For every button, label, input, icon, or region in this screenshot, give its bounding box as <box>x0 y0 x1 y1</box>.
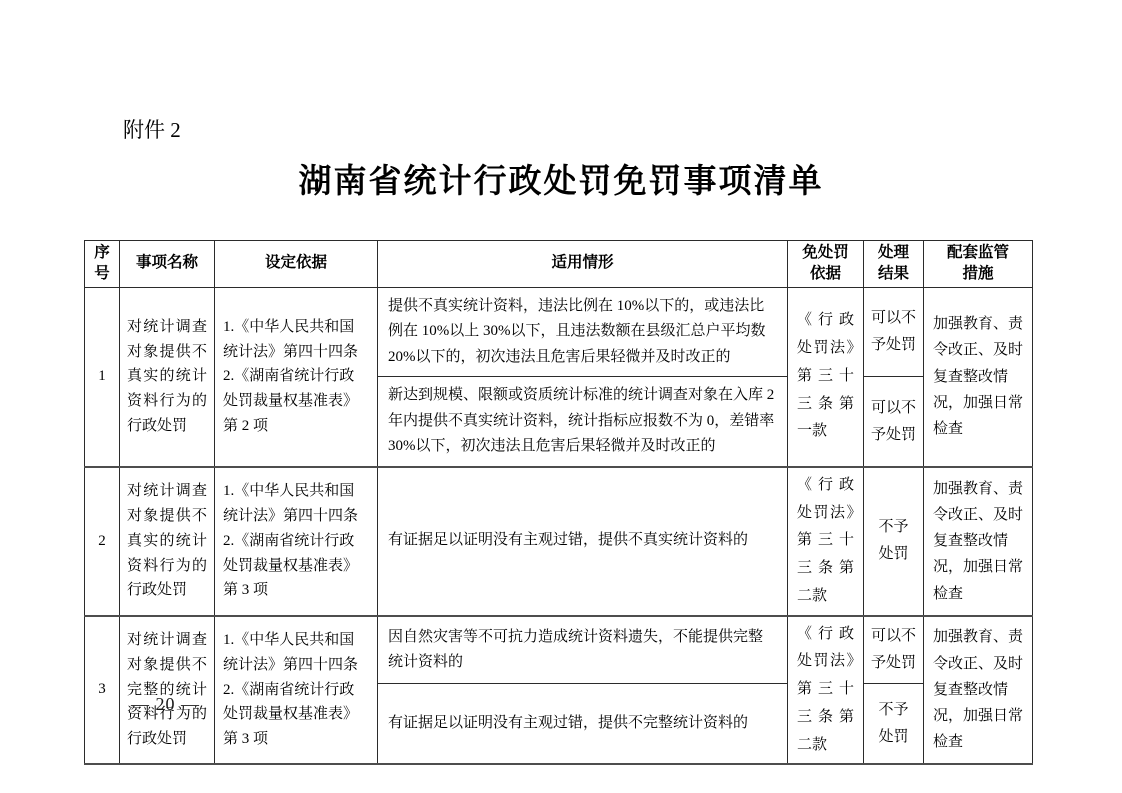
cell-index-2: 2 <box>85 467 120 616</box>
col-header-item-name: 事项名称 <box>120 241 215 288</box>
cell-supervision-1: 加强教育、责令改正、及时复查整改情况，加强日常检查 <box>924 287 1033 467</box>
cell-item-name-2: 对统计调查对象提供不真实的统计资料行为的行政处罚 <box>120 467 215 616</box>
cell-situation-2-1: 有证据足以证明没有主观过错，提供不真实统计资料的 <box>378 467 788 616</box>
col-header-result: 处理 结果 <box>864 241 924 288</box>
basis-line-2: 2.《湖南省统计行政处罚裁量权基准表》第 3 项 <box>223 529 369 603</box>
cell-index-1: 1 <box>85 287 120 467</box>
basis-line-2: 2.《湖南省统计行政处罚裁量权基准表》第 3 项 <box>223 678 369 752</box>
basis-line-1: 1.《中华人民共和国统计法》第四十四条 <box>223 315 369 365</box>
page-title: 湖南省统计行政处罚免罚事项清单 <box>0 155 1122 202</box>
cell-situation-3-1: 因自然灾害等不可抗力造成统计资料遗失，不能提供完整统计资料的 <box>378 616 788 684</box>
cell-exemption-basis-1: 《行政处罚法》第三十三条第一款 <box>788 287 864 467</box>
penalty-exemption-table: 序 号 事项名称 设定依据 适用情形 免处罚 依据 处理 结果 配套监管 措施 … <box>84 240 1033 765</box>
cell-result-1-1: 可以不 予处罚 <box>864 287 924 377</box>
cell-basis-3: 1.《中华人民共和国统计法》第四十四条 2.《湖南省统计行政处罚裁量权基准表》第… <box>215 616 378 765</box>
col-header-basis: 设定依据 <box>215 241 378 288</box>
cell-result-2-1: 不予 处罚 <box>864 467 924 616</box>
basis-line-1: 1.《中华人民共和国统计法》第四十四条 <box>223 479 369 529</box>
cell-result-1-2: 可以不 予处罚 <box>864 377 924 467</box>
attachment-label: 附件 2 <box>123 114 181 144</box>
table-row-3a: 3 对统计调查对象提供不完整的统计资料行为的行政处罚 1.《中华人民共和国统计法… <box>85 616 1033 684</box>
cell-basis-2: 1.《中华人民共和国统计法》第四十四条 2.《湖南省统计行政处罚裁量权基准表》第… <box>215 467 378 616</box>
cell-item-name-1: 对统计调查对象提供不真实的统计资料行为的行政处罚 <box>120 287 215 467</box>
cell-situation-3-2: 有证据足以证明没有主观过错，提供不完整统计资料的 <box>378 684 788 764</box>
table-header-row: 序 号 事项名称 设定依据 适用情形 免处罚 依据 处理 结果 配套监管 措施 <box>85 241 1033 288</box>
col-header-index: 序 号 <box>85 241 120 288</box>
cell-result-3-2: 不予 处罚 <box>864 684 924 764</box>
cell-supervision-3: 加强教育、责令改正、及时复查整改情况，加强日常检查 <box>924 616 1033 765</box>
cell-exemption-basis-2: 《行政处罚法》第三十三条第二款 <box>788 467 864 616</box>
cell-result-3-1: 可以不 予处罚 <box>864 616 924 684</box>
basis-line-1: 1.《中华人民共和国统计法》第四十四条 <box>223 628 369 678</box>
col-header-situation: 适用情形 <box>378 241 788 288</box>
page-number: — 20 — <box>131 694 200 715</box>
cell-item-name-3: 对统计调查对象提供不完整的统计资料行为的行政处罚 <box>120 616 215 765</box>
table-row-2: 2 对统计调查对象提供不真实的统计资料行为的行政处罚 1.《中华人民共和国统计法… <box>85 467 1033 616</box>
table-row-1a: 1 对统计调查对象提供不真实的统计资料行为的行政处罚 1.《中华人民共和国统计法… <box>85 287 1033 377</box>
cell-index-3: 3 <box>85 616 120 765</box>
cell-situation-1-2: 新达到规模、限额或资质统计标准的统计调查对象在入库 2 年内提供不真实统计资料，… <box>378 377 788 467</box>
col-header-supervision: 配套监管 措施 <box>924 241 1033 288</box>
basis-line-2: 2.《湖南省统计行政处罚裁量权基准表》第 2 项 <box>223 364 369 438</box>
cell-situation-1-1: 提供不真实统计资料，违法比例在 10%以下的，或违法比例在 10%以上 30%以… <box>378 287 788 377</box>
cell-basis-1: 1.《中华人民共和国统计法》第四十四条 2.《湖南省统计行政处罚裁量权基准表》第… <box>215 287 378 467</box>
cell-exemption-basis-3: 《行政处罚法》第三十三条第二款 <box>788 616 864 765</box>
col-header-exemption-basis: 免处罚 依据 <box>788 241 864 288</box>
cell-supervision-2: 加强教育、责令改正、及时复查整改情况，加强日常检查 <box>924 467 1033 616</box>
